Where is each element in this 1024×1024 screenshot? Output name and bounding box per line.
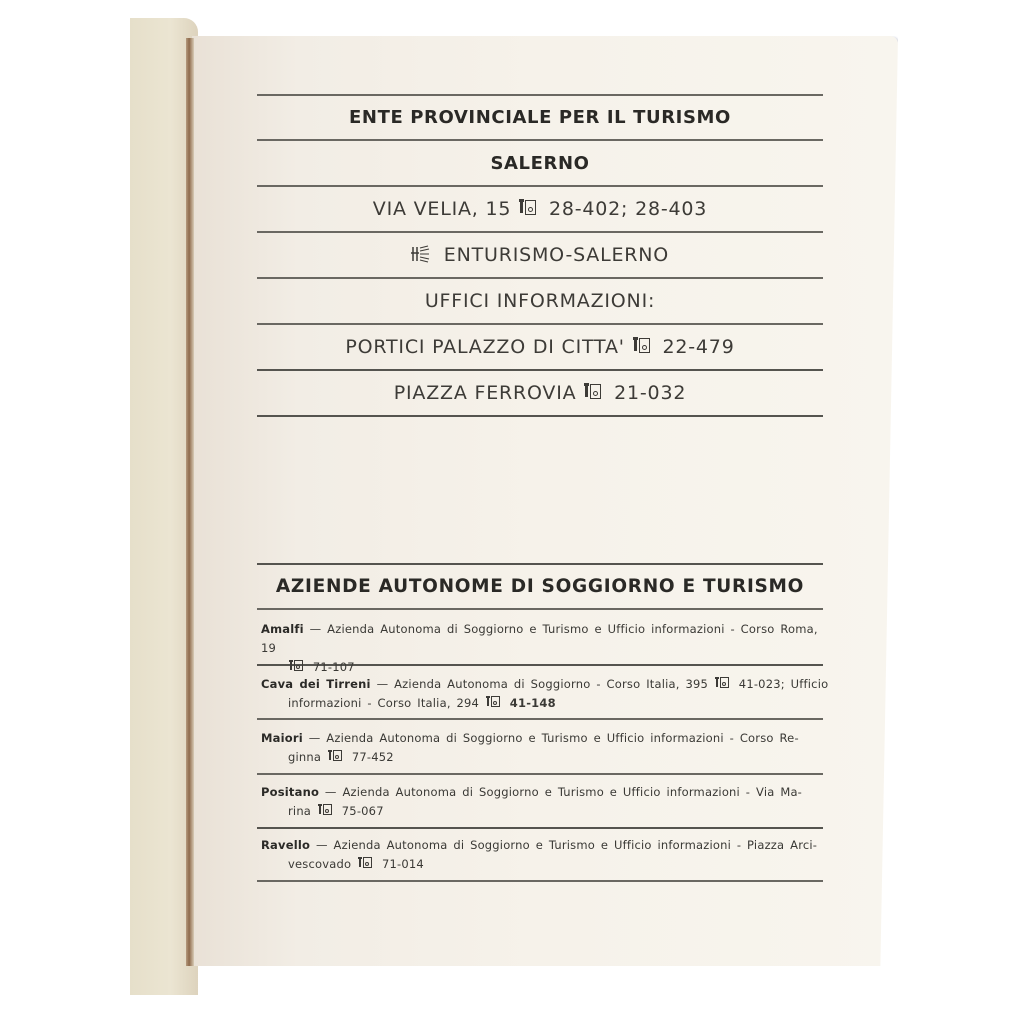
info-office-phone: 22-479 bbox=[662, 336, 734, 358]
rule bbox=[257, 231, 823, 233]
entry-text: — Azienda Autonoma di Soggiorno e Turism… bbox=[325, 785, 802, 799]
telephone-icon bbox=[290, 659, 303, 673]
entry-name: Amalfi bbox=[261, 622, 304, 636]
info-office-line: PORTICI PALAZZO DI CITTA' 22-479 bbox=[257, 336, 823, 358]
list-item: Amalfi — Azienda Autonoma di Soggiorno e… bbox=[261, 620, 833, 677]
list-item: Ravello — Azienda Autonoma di Soggiorno … bbox=[261, 836, 833, 874]
address-phone: 28-402; 28-403 bbox=[549, 198, 707, 220]
entry-phone: 41-023; bbox=[739, 677, 785, 691]
telephone-icon bbox=[585, 382, 603, 402]
rule bbox=[257, 139, 823, 141]
rule bbox=[257, 718, 823, 720]
entry-text: informazioni - Corso Italia, 294 bbox=[288, 696, 479, 710]
entry-text: — Azienda Autonoma di Soggiorno e Turism… bbox=[316, 838, 817, 852]
aziende-title: AZIENDE AUTONOME DI SOGGIORNO E TURISMO bbox=[257, 576, 823, 597]
entry-text: vescovado bbox=[288, 857, 351, 871]
provincial-office-title: ENTE PROVINCIALE PER IL TURISMO bbox=[257, 107, 823, 128]
entry-text: — Azienda Autonoma di Soggiorno e Turism… bbox=[309, 731, 799, 745]
entry-name: Maiori bbox=[261, 731, 303, 745]
rule bbox=[257, 773, 823, 775]
info-office-place: PORTICI PALAZZO DI CITTA' bbox=[345, 336, 624, 358]
rule bbox=[257, 608, 823, 610]
rule bbox=[257, 94, 823, 96]
entry-name: Cava dei Tirreni bbox=[261, 677, 371, 691]
info-office-line: PIAZZA FERROVIA 21-032 bbox=[257, 382, 823, 404]
rule bbox=[257, 880, 823, 882]
address: VIA VELIA, 15 bbox=[373, 198, 511, 220]
entry-text: rina bbox=[288, 804, 311, 818]
rule bbox=[257, 563, 823, 565]
info-office-phone: 21-032 bbox=[614, 382, 686, 404]
book-gutter bbox=[186, 38, 194, 966]
entry-phone: 77-452 bbox=[352, 750, 394, 764]
telephone-icon bbox=[329, 749, 342, 763]
entry-text: Ufficio bbox=[791, 677, 829, 691]
telephone-icon bbox=[487, 695, 500, 709]
rule bbox=[257, 323, 823, 325]
rule bbox=[257, 185, 823, 187]
telephone-icon bbox=[520, 198, 538, 218]
entry-name: Ravello bbox=[261, 838, 310, 852]
rule bbox=[257, 369, 823, 371]
entry-text: ginna bbox=[288, 750, 321, 764]
list-item: Positano — Azienda Autonoma di Soggiorno… bbox=[261, 783, 833, 821]
entry-phone: 41-148 bbox=[510, 696, 556, 710]
entry-text: — Azienda Autonoma di Soggiorno - Corso … bbox=[377, 677, 709, 691]
rule bbox=[257, 415, 823, 417]
rule bbox=[257, 827, 823, 829]
telegraph-line: ENTURISMO-SALERNO bbox=[257, 244, 823, 266]
info-offices-label: UFFICI INFORMAZIONI: bbox=[257, 290, 823, 312]
entry-phone: 71-107 bbox=[313, 660, 355, 674]
entry-phone: 71-014 bbox=[382, 857, 424, 871]
rule bbox=[257, 277, 823, 279]
entry-phone: 75-067 bbox=[342, 804, 384, 818]
address-line: VIA VELIA, 15 28-402; 28-403 bbox=[257, 198, 823, 220]
telegraph-address: ENTURISMO-SALERNO bbox=[444, 244, 669, 266]
list-item: Maiori — Azienda Autonoma di Soggiorno e… bbox=[261, 729, 833, 767]
info-office-place: PIAZZA FERROVIA bbox=[394, 382, 577, 404]
city-heading: SALERNO bbox=[257, 153, 823, 174]
telephone-icon bbox=[634, 336, 652, 356]
telephone-icon bbox=[319, 803, 332, 817]
entry-name: Positano bbox=[261, 785, 319, 799]
telephone-icon bbox=[359, 856, 372, 870]
list-item: Cava dei Tirreni — Azienda Autonoma di S… bbox=[261, 675, 833, 713]
telegraph-icon bbox=[411, 244, 431, 264]
telephone-icon bbox=[716, 676, 729, 690]
entry-text: — Azienda Autonoma di Soggiorno e Turism… bbox=[261, 622, 818, 655]
